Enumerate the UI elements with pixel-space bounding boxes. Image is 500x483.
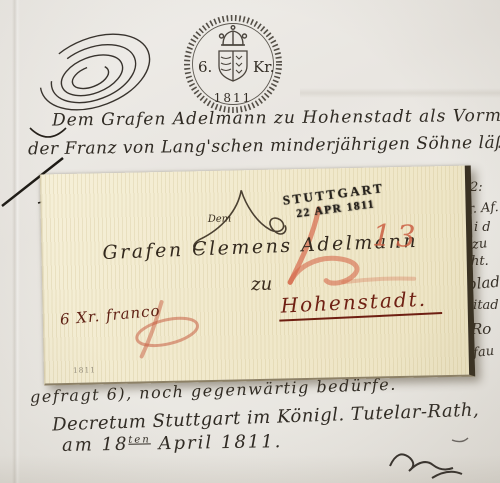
oval-flourish bbox=[30, 20, 161, 124]
edge-fragment: ht. bbox=[471, 254, 489, 269]
date-ordinal: ten bbox=[128, 434, 151, 445]
date-day: am 18 bbox=[62, 434, 129, 456]
date-rest: April 1811. bbox=[151, 431, 283, 454]
folded-letter: STUTTGART 22 APR 1811 Dem Grafen Clemens… bbox=[40, 166, 475, 386]
rate-mark-13: 13 bbox=[372, 218, 421, 254]
edge-fragment: zu bbox=[471, 236, 488, 253]
edge-fragment: r. Af. bbox=[468, 200, 500, 217]
arms-shield-icon bbox=[219, 51, 247, 81]
crown-icon bbox=[220, 26, 247, 45]
stamp-value-right: Kr. bbox=[253, 58, 275, 76]
stamp-year: 1811 bbox=[214, 91, 253, 105]
fee-stamp-icon: 6. Kr. 1811 bbox=[187, 18, 279, 110]
edge-fragment: 2: bbox=[470, 180, 483, 195]
stamp-value-left: 6. bbox=[198, 58, 212, 76]
photo-of-historic-letter: 6. Kr. 1811 Dem Grafen Adelmann zu Hohen… bbox=[0, 0, 500, 483]
signature-fragment bbox=[390, 438, 468, 478]
address-salutation: Dem bbox=[208, 214, 232, 225]
document-bottom-line-3: am 18ten April 1811. bbox=[62, 431, 283, 456]
pencil-year-note: 1811 bbox=[73, 365, 96, 374]
edge-fragment: i d bbox=[474, 220, 491, 235]
address-zu: zu bbox=[251, 274, 273, 295]
